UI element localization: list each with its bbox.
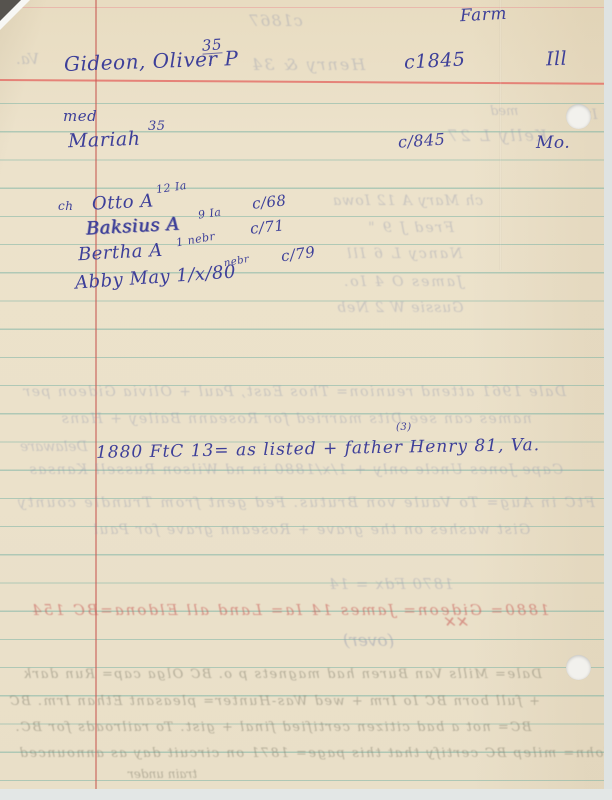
bleed-text: Gussie W 2 Neb: [336, 301, 463, 315]
bleed-text-red-ink: 1880= Gideon= James 14 Ia= Land all Eldo…: [30, 603, 549, 618]
farm-label: Farm: [460, 6, 508, 25]
red-scribble: ✕✕: [445, 615, 470, 630]
hole-punch-top: [566, 104, 591, 129]
top-margin-line: [0, 7, 604, 8]
bleed-text: Delaware: [20, 440, 88, 454]
bleed-text: ch Mary A 12 Iowa: [332, 194, 483, 208]
child-birthdate: c/71: [249, 218, 285, 237]
bleed-text: James O 4 Io.: [342, 275, 463, 289]
primary-birth-year: c1845: [404, 50, 466, 72]
bleed-text-pencil: John= milep BC certify that this page= 1…: [18, 747, 610, 760]
child-name: Bertha A: [78, 242, 164, 264]
bleed-text-pencil: Dale= Mills Van Buren had magnets p o. B…: [22, 668, 542, 681]
bleed-text-pencil: BC= not a bad citizen certified final + …: [14, 721, 532, 734]
bleed-text: 1870 Fdx = 14: [328, 577, 454, 592]
primary-birthplace: Ill: [546, 50, 568, 70]
bleed-text: Cape Jones Uncle only + 1/x/1880 in nd W…: [28, 463, 563, 477]
primary-age-superscript: 35: [201, 37, 222, 54]
child-name: Otto A: [92, 192, 155, 213]
bleed-text: Nancy L 6 Ill: [345, 247, 462, 261]
spouse-age-superscript: 35: [148, 120, 166, 133]
bleed-text: c1867: [248, 13, 303, 29]
spouse-birthplace: Mo.: [536, 135, 570, 152]
scan-bed-bottom: [0, 789, 612, 800]
bleed-text: Kelly L 27: [446, 128, 547, 144]
children-label: ch: [58, 200, 73, 212]
bleed-text: names can see Dits married for Roseann B…: [60, 412, 532, 426]
dog-ear-corner: [0, 0, 21, 21]
bleed-text-pencil: train under: [128, 768, 197, 780]
bleed-text: med: [490, 105, 518, 118]
child-birthdate: c/68: [251, 193, 287, 212]
bleed-text: Va.: [16, 52, 39, 67]
child-name: Baksius A: [86, 216, 181, 239]
census-note-superscript: (3): [396, 423, 412, 433]
bleed-text: FtC in Aug= To Vaule von Brutus. Fed gen…: [16, 496, 595, 510]
spouse-name: Mariah: [68, 130, 141, 152]
bleed-text: Fred J 9 ": [366, 221, 454, 235]
bleed-text: Gist washes on the grave + Roseann grave…: [92, 523, 530, 537]
scan-bed-right: [604, 0, 612, 800]
bleed-over-note: (over): [343, 633, 394, 650]
child-note: 9 Ia: [197, 206, 222, 220]
bleed-text-pencil: + full born BC Io Irm + wed Was-Hunter= …: [8, 695, 540, 708]
hole-punch-bottom: [566, 655, 591, 680]
spouse-birth-year: c/845: [397, 131, 445, 150]
bleed-text: Henry & 34: [250, 57, 365, 73]
scanned-page: c1867 Henry & 34 Va. med Kelly L 27 Ind …: [0, 0, 612, 800]
bleed-text: Dale 1961 attend reunion= Thos East, Pau…: [22, 385, 566, 399]
married-label: med: [63, 109, 97, 124]
primary-age-subscript: I: [209, 58, 213, 67]
